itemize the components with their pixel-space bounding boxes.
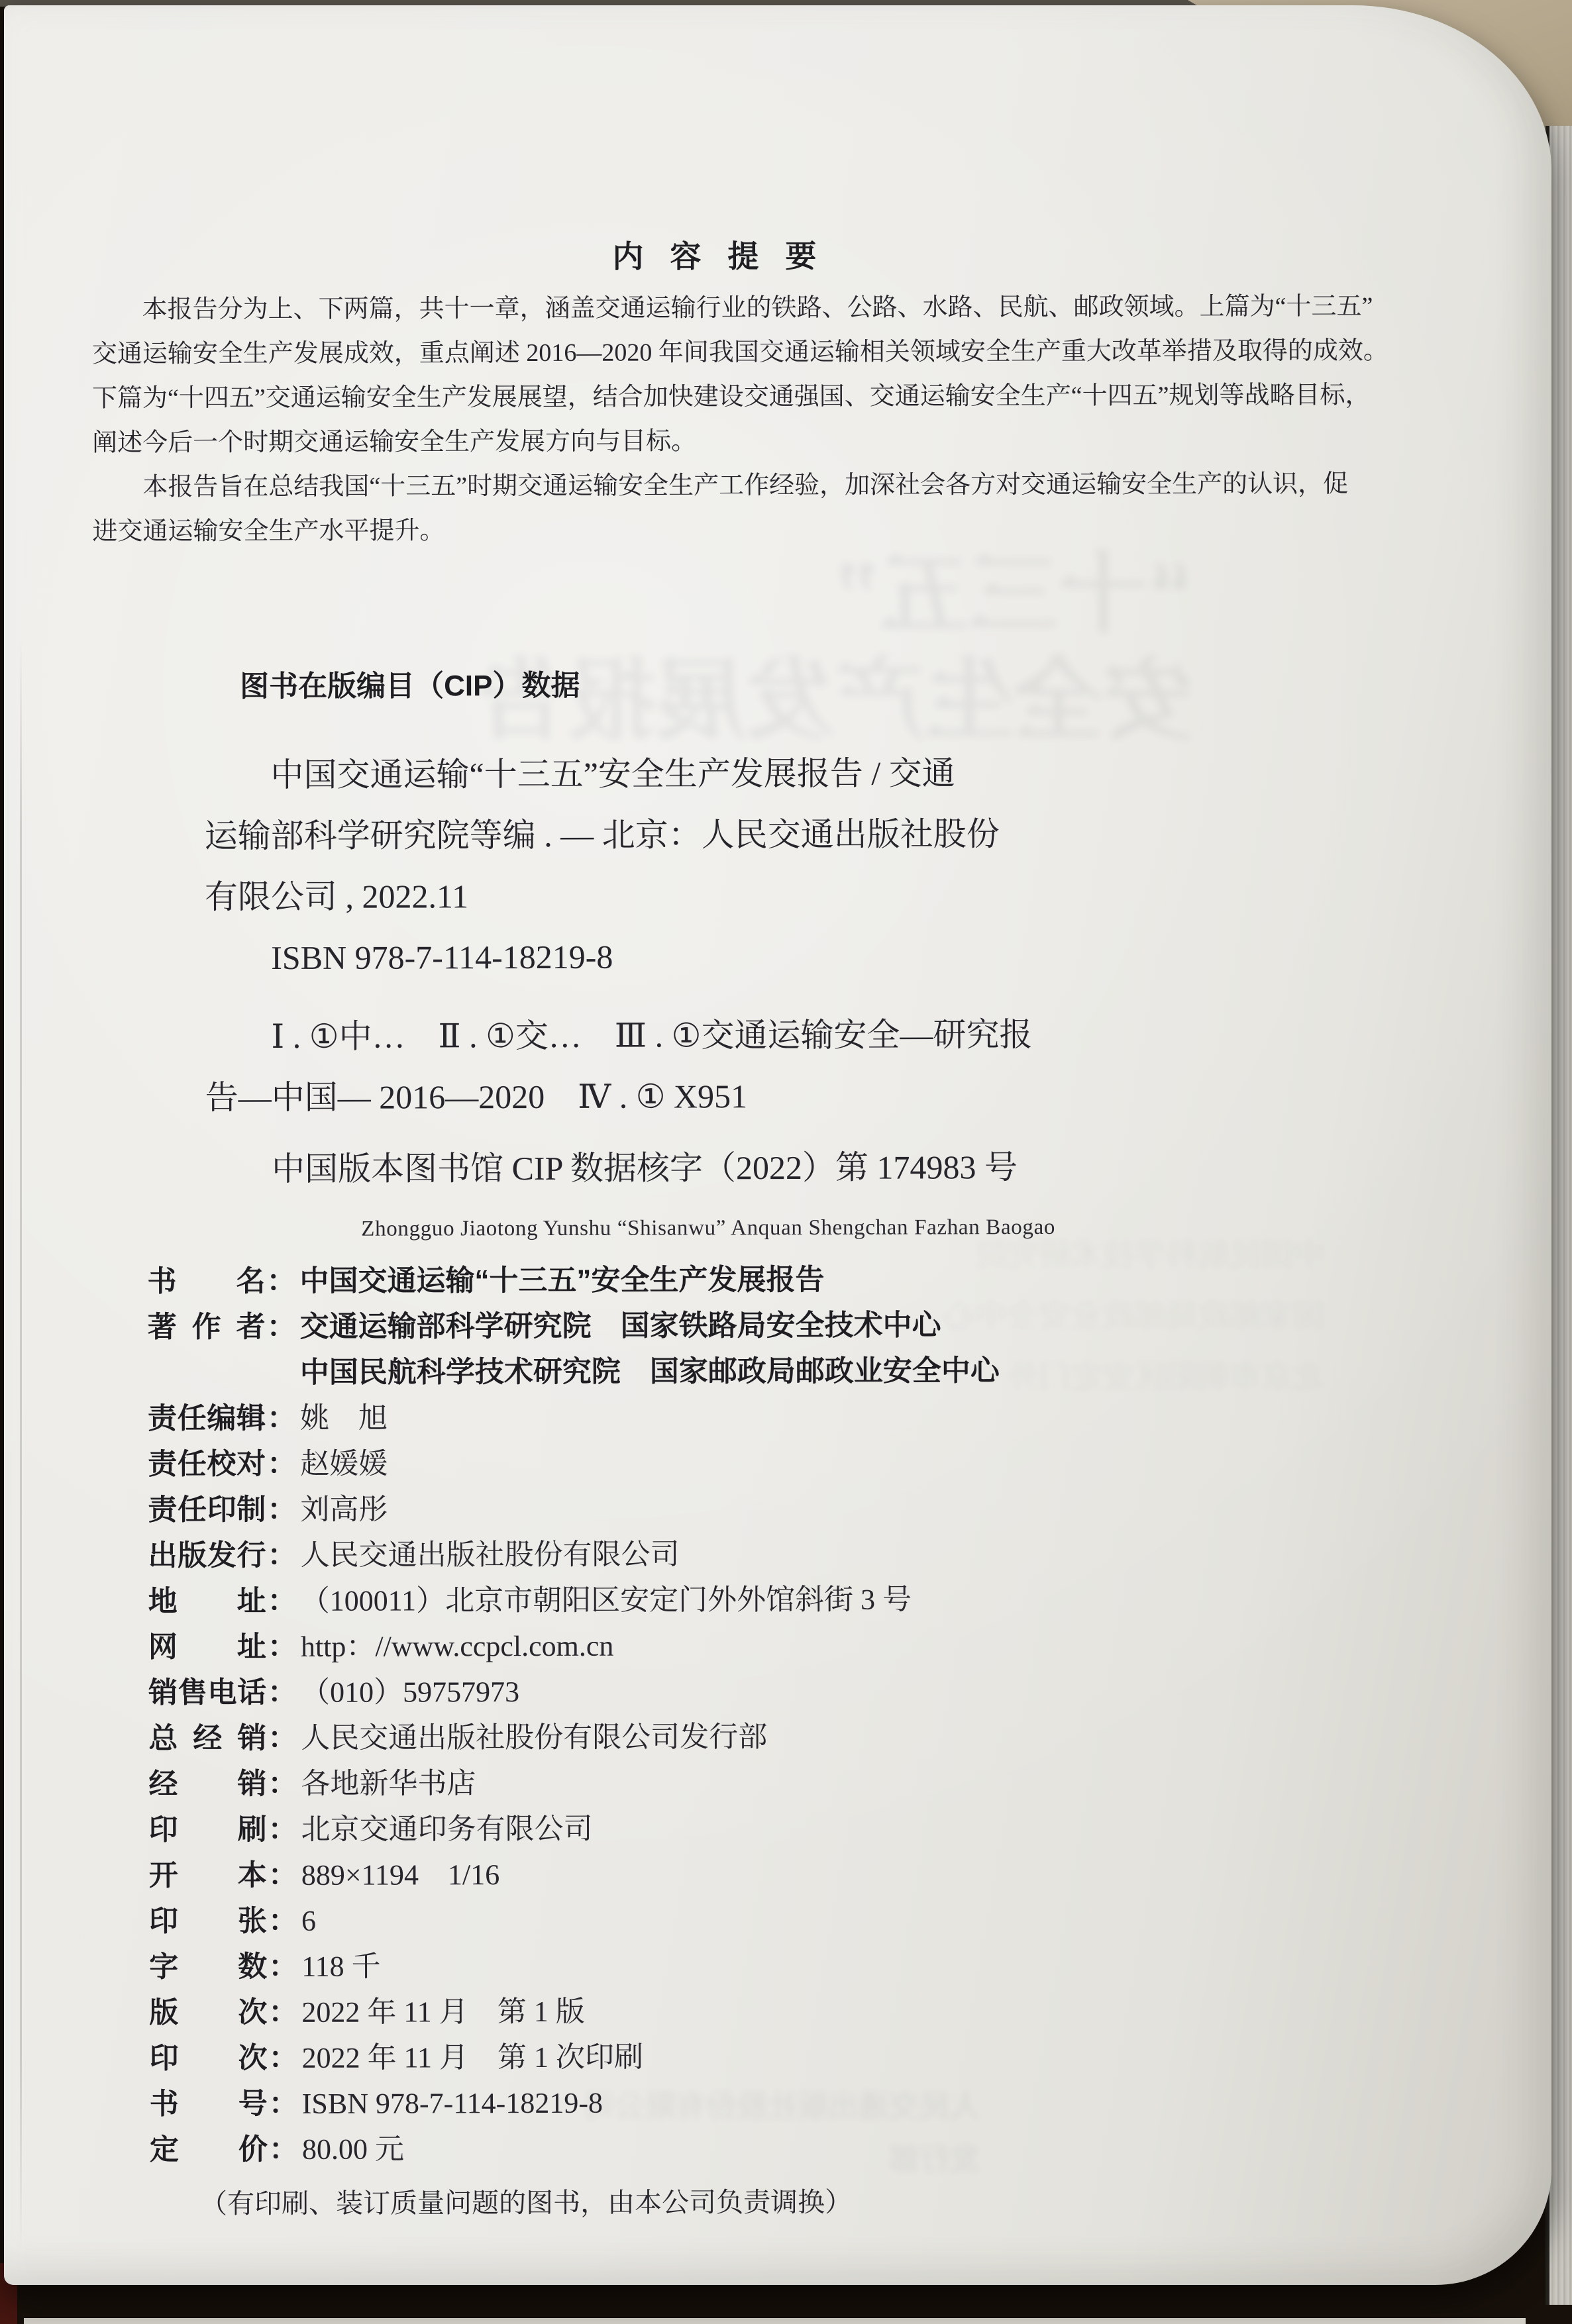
row-colon: ： [266, 1258, 295, 1304]
row-colon: ： [269, 2081, 298, 2127]
row-label: 著作者 [148, 1304, 266, 1350]
cip-data-heading: 图书在版编目（CIP）数据 [240, 662, 580, 705]
row-colon: ： [267, 1441, 296, 1487]
row-colon: ： [267, 1533, 296, 1578]
row-label: 书号 [150, 2081, 268, 2127]
summary-line: 本报告分为上、下两篇，共十一章，涵盖交通运输行业的铁路、公路、水路、民航、邮政领… [92, 285, 1337, 332]
row-colon: ： [268, 2035, 297, 2081]
row-label: 印刷 [149, 1807, 267, 1852]
row-value: 80.00 元 [302, 2127, 404, 2172]
colophon-row-authors-continued: ：中国民航科学技术研究院 国家邮政局邮政业安全中心 [148, 1347, 1406, 1396]
row-label: 定价 [150, 2127, 268, 2172]
row-value: 交通运输部科学研究院 国家铁路局安全技术中心 [300, 1302, 941, 1350]
cip-classification-line: Ⅰ . ①中… Ⅱ . ①交… Ⅲ . ①交通运输安全—研究报 [205, 1003, 1198, 1067]
row-colon: ： [267, 1395, 296, 1441]
colophon-row-editor: 责任编辑：姚 旭 [148, 1393, 1406, 1442]
colophon-row-word-count: 字数：118 千 [149, 1941, 1408, 1990]
row-label: 网址 [148, 1624, 266, 1670]
row-label: 开本 [149, 1852, 267, 1898]
cip-record-line: 中国交通运输“十三五”安全生产发展报告 / 交通 [204, 742, 1198, 805]
colophon-row-print-supervisor: 责任印制：刘高彤 [148, 1484, 1406, 1533]
row-value: 各地新华书店 [301, 1760, 476, 1807]
row-value: 中国交通运输“十三五”安全生产发展报告 [299, 1257, 824, 1304]
row-colon: ： [269, 2127, 298, 2172]
quality-exchange-note: （有印刷、装订质量问题的图书，由本公司负责调换） [200, 2180, 852, 2221]
row-value: 姚 旭 [300, 1395, 388, 1441]
colophon-row-format: 开本：889×1194 1/16 [149, 1850, 1408, 1899]
row-label: 书名 [147, 1258, 265, 1304]
cip-classification-line: 告—中国— 2016—2020 Ⅳ . ① X951 [205, 1064, 1199, 1128]
row-value: 刘高彤 [300, 1487, 388, 1533]
row-label: 印次 [149, 2035, 267, 2081]
colophon-row-printed-sheets: 印张：6 [149, 1895, 1408, 1945]
content-summary: 本报告分为上、下两篇，共十一章，涵盖交通运输行业的铁路、公路、水路、民航、邮政领… [92, 285, 1338, 554]
row-value: 6 [301, 1898, 316, 1944]
row-label: 责任校对 [148, 1441, 266, 1487]
colophon-row-sales-phone: 销售电话：（010）59757973 [148, 1667, 1407, 1716]
row-value: （100011）北京市朝阳区安定门外外馆斜街 3 号 [301, 1577, 912, 1624]
summary-line: 下篇为“十四五”交通运输安全生产发展展望，结合加快建设交通强国、交通运输安全生产… [92, 374, 1337, 421]
row-label: 出版发行 [148, 1533, 266, 1578]
colophon-row-price: 定价：80.00 元 [150, 2124, 1408, 2173]
row-colon: ： [268, 1898, 297, 1944]
row-value: 北京交通印务有限公司 [301, 1806, 593, 1852]
colophon-row-authors: 著作者：交通运输部科学研究院 国家铁路局安全技术中心 [148, 1301, 1406, 1350]
colophon-row-website: 网址：http：//www.ccpcl.com.cn [148, 1621, 1407, 1670]
page-content: 内容提要 本报告分为上、下两篇，共十一章，涵盖交通运输行业的铁路、公路、水路、民… [0, 0, 1572, 2324]
row-label: 地址 [148, 1578, 266, 1624]
row-colon: ： [268, 1670, 297, 1715]
colophon-row-distributor: 经销：各地新华书店 [148, 1758, 1407, 1807]
row-colon: ： [268, 1852, 297, 1898]
row-colon: ： [268, 1578, 297, 1624]
colophon-row-impression: 印次：2022 年 11 月 第 1 次印刷 [149, 2033, 1408, 2082]
colophon-row-book-title: 书名：中国交通运输“十三五”安全生产发展报告 [147, 1256, 1406, 1305]
cip-record-line: 运输部科学研究院等编 . — 北京：人民交通出版社股份 [205, 803, 1198, 866]
row-label: 字数 [149, 1944, 267, 1990]
row-value: 人民交通出版社股份有限公司 [300, 1531, 679, 1578]
colophon-row-address: 地址：（100011）北京市朝阳区安定门外外馆斜街 3 号 [148, 1576, 1407, 1625]
row-value: http：//www.ccpcl.com.cn [301, 1623, 614, 1670]
colophon-row-book-number: 书号：ISBN 978-7-114-18219-8 [150, 2078, 1408, 2127]
colophon-row-general-distributor: 总经销：人民交通出版社股份有限公司发行部 [148, 1713, 1407, 1762]
row-label: 责任印制 [148, 1487, 266, 1533]
row-colon: ： [268, 1807, 297, 1852]
colophon-row-edition: 版次：2022 年 11 月 第 1 版 [149, 1987, 1408, 2036]
row-colon: ： [268, 1990, 297, 2035]
colophon-row-proofreader: 责任校对：赵媛媛 [148, 1439, 1406, 1488]
title-pinyin: Zhongguo Jiaotong Yunshu “Shisanwu” Anqu… [361, 1215, 1055, 1242]
row-colon: ： [268, 1624, 297, 1670]
row-value: 2022 年 11 月 第 1 版 [301, 1989, 585, 2035]
row-value: ISBN 978-7-114-18219-8 [302, 2080, 603, 2127]
book-photo: “十三五” 安全生产发展报告 中国民航科学技术研究院 国家邮政局邮政业安全中心 … [0, 0, 1572, 2324]
summary-line: 进交通运输安全生产水平提升。 [92, 507, 1337, 554]
row-colon: ： [267, 1487, 296, 1533]
cip-record-line: 有限公司 , 2022.11 [205, 864, 1198, 927]
summary-line: 阐述今后一个时期交通运输安全生产发展方向与目标。 [92, 418, 1337, 466]
row-colon: ： [268, 1715, 297, 1761]
row-label: 责任编辑 [148, 1395, 266, 1441]
row-value: 赵媛媛 [300, 1441, 388, 1487]
isbn-line: ISBN 978-7-114-18219-8 [205, 925, 1198, 988]
cip-registry-number: 中国版本图书馆 CIP 数据核字（2022）第 174983 号 [205, 1136, 1199, 1199]
row-colon: ： [268, 1944, 297, 1990]
row-value: 人民交通出版社股份有限公司发行部 [301, 1714, 767, 1761]
colophon-row-publisher: 出版发行：人民交通出版社股份有限公司 [148, 1530, 1406, 1579]
colophon-row-printer: 印刷：北京交通印务有限公司 [149, 1804, 1408, 1853]
colophon-info-list: 书名：中国交通运输“十三五”安全生产发展报告 著作者：交通运输部科学研究院 国家… [147, 1256, 1408, 2173]
row-colon: ： [267, 1304, 296, 1350]
row-label: 销售电话 [148, 1670, 266, 1715]
summary-line: 本报告旨在总结我国“十三五”时期交通运输安全生产工作经验，加深社会各方对交通运输… [92, 462, 1337, 510]
row-value: （010）59757973 [301, 1669, 519, 1715]
row-label: 经销 [148, 1761, 266, 1807]
row-value: 2022 年 11 月 第 1 次印刷 [301, 2035, 643, 2081]
summary-line: 交通运输安全生产发展成效，重点阐述 2016—2020 年间我国交通运输相关领域… [92, 329, 1337, 377]
cip-record-block: 中国交通运输“十三五”安全生产发展报告 / 交通 运输部科学研究院等编 . — … [204, 742, 1199, 1199]
row-label: 版次 [149, 1990, 267, 2035]
row-label: 印张 [149, 1898, 267, 1944]
row-value: 中国民航科学技术研究院 国家邮政局邮政业安全中心 [300, 1348, 1000, 1395]
row-value: 118 千 [301, 1944, 381, 1990]
row-label: 总经销 [148, 1715, 266, 1761]
content-summary-title: 内容提要 [91, 230, 1337, 278]
row-colon: ： [268, 1761, 297, 1807]
row-value: 889×1194 1/16 [301, 1852, 500, 1898]
